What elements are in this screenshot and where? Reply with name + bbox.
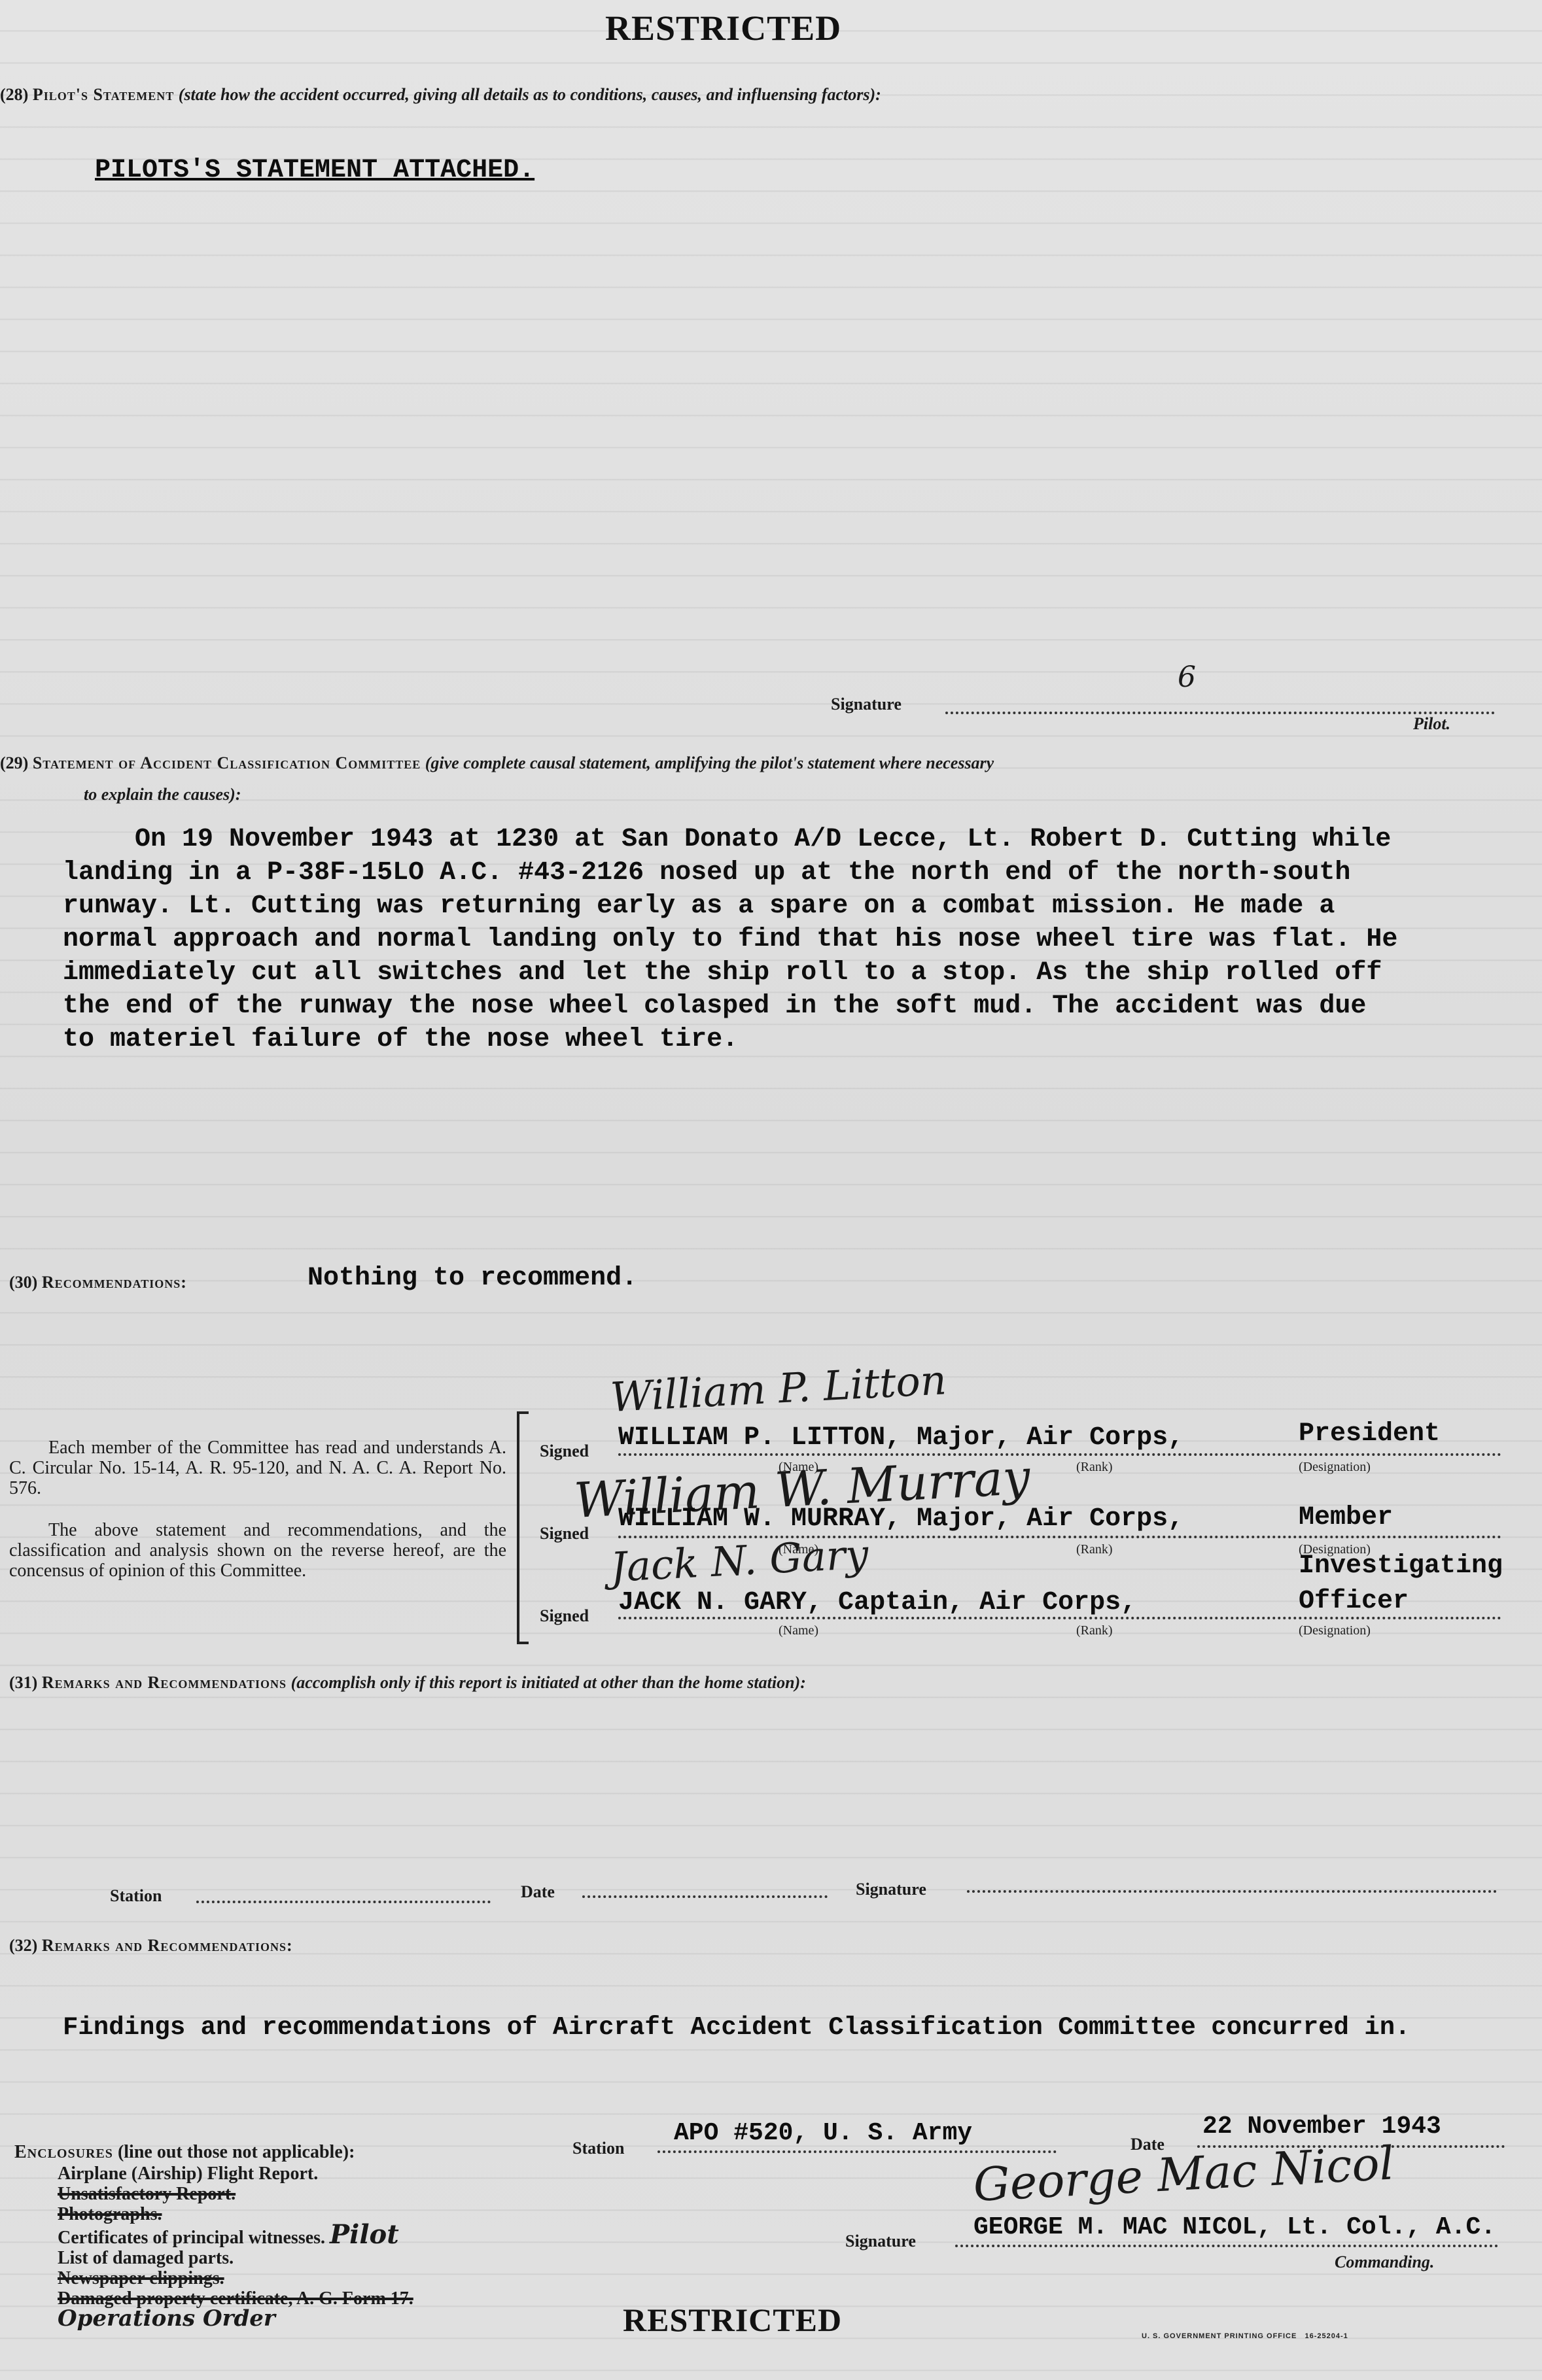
pilot-signature-mark: 6 — [1178, 661, 1196, 694]
enclosure-item-text: Certificates of principal witnesses. — [58, 2228, 325, 2248]
enclosure-item: List of damaged parts. — [58, 2248, 413, 2268]
section-30-title: Recommendations: — [42, 1273, 187, 1292]
member-3-name-caption: (Name) — [779, 1623, 818, 1638]
restricted-stamp-footer: RESTRICTED — [623, 2301, 842, 2339]
endorsement-date-value: 22 November 1943 — [1202, 2113, 1441, 2141]
pilot-statement-content: PILOTS'S STATEMENT ATTACHED. — [95, 156, 534, 185]
endorsement-typed-name: GEORGE M. MAC NICOL, Lt. Col., A.C. — [973, 2213, 1496, 2241]
member-1-rank-caption: (Rank) — [1076, 1460, 1113, 1475]
section-31-signature-line — [967, 1890, 1497, 1893]
section-29-title: Statement of Accident Classification Com… — [33, 753, 421, 772]
member-2-designation: Member — [1299, 1503, 1393, 1532]
endorsement-station-line — [657, 2150, 1057, 2153]
recommendations-content: Nothing to recommend. — [307, 1264, 637, 1293]
endorsement-signature-line — [955, 2245, 1498, 2247]
committee-statement-body: On 19 November 1943 at 1230 at San Donat… — [63, 823, 1397, 1056]
statement-line: to materiel failure of the nose wheel ti… — [63, 1023, 1397, 1056]
section-31-date-label: Date — [521, 1882, 555, 1902]
enclosure-annotation: Pilot — [330, 2224, 399, 2245]
member-1-line — [618, 1453, 1501, 1456]
statement-line: runway. Lt. Cutting was returning early … — [63, 889, 1397, 923]
pilot-signature-label: Signature — [831, 695, 902, 714]
section-28-heading: (28) Pilot's Statement (state how the ac… — [0, 85, 881, 105]
section-31-instruction: (accomplish only if this report is initi… — [291, 1673, 806, 1692]
section-30-number: (30) — [9, 1273, 37, 1292]
member-3-line — [618, 1617, 1501, 1619]
section-29-instruction-cont: to explain the causes): — [84, 785, 241, 804]
enclosure-item-struck: Unsatisfactory Report. — [58, 2184, 413, 2204]
section-31-number: (31) — [9, 1673, 37, 1692]
restricted-stamp-header: RESTRICTED — [605, 8, 841, 48]
endorsement-signature-label: Signature — [845, 2232, 916, 2251]
statement-line: landing in a P-38F-15LO A.C. #43-2126 no… — [63, 856, 1397, 889]
section-31-station-label: Station — [110, 1886, 162, 1906]
member-1-designation: President — [1299, 1419, 1440, 1449]
pilot-role-caption: Pilot. — [1413, 714, 1450, 734]
committee-bracket — [517, 1411, 529, 1644]
statement-line: On 19 November 1943 at 1230 at San Donat… — [63, 823, 1397, 856]
member-2-rank-caption: (Rank) — [1076, 1542, 1113, 1557]
printer-imprint: U. S. GOVERNMENT PRINTING OFFICE 16-2520… — [1142, 2332, 1348, 2340]
member-3-designation: Investigating — [1299, 1551, 1503, 1581]
member-2-signed-label: Signed — [540, 1524, 589, 1544]
section-31-signature-label: Signature — [856, 1880, 926, 1899]
section-31-station-line — [196, 1901, 491, 1903]
section-29-instruction: (give complete causal statement, amplify… — [425, 753, 994, 772]
section-28-instruction: (state how the accident occurred, giving… — [179, 85, 881, 104]
pilot-signature-line — [945, 712, 1495, 714]
enclosures-list: Airplane (Airship) Flight Report. Unsati… — [58, 2164, 413, 2329]
accident-report-page: RESTRICTED (28) Pilot's Statement (state… — [0, 0, 1542, 2380]
section-32-heading: (32) Remarks and Recommendations: — [9, 1936, 293, 1956]
member-1-typed-name: WILLIAM P. LITTON, Major, Air Corps, — [618, 1423, 1183, 1453]
enclosures-instruction: (line out those not applicable): — [118, 2142, 355, 2162]
member-2-typed-name: WILLIAM W. MURRAY, Major, Air Corps, — [618, 1504, 1183, 1534]
enclosure-item-handwritten: Operations Order — [58, 2309, 413, 2329]
member-3-designation-cont: Officer — [1299, 1587, 1409, 1616]
section-30-heading: (30) Recommendations: — [9, 1273, 187, 1292]
endorsement-handwritten-signature: George Mac Nicol — [972, 2136, 1395, 2212]
member-1-designation-caption: (Designation) — [1299, 1460, 1371, 1475]
section-32-number: (32) — [9, 1936, 37, 1955]
section-31-date-line — [582, 1895, 828, 1898]
section-28-title: Pilot's Statement — [33, 85, 174, 104]
endorsement-station-label: Station — [572, 2139, 624, 2158]
section-32-content: Findings and recommendations of Aircraft… — [63, 2013, 1411, 2042]
member-1-handwritten-signature: William P. Litton — [609, 1356, 947, 1421]
section-29-heading: (29) Statement of Accident Classificatio… — [0, 753, 994, 773]
member-3-designation-caption: (Designation) — [1299, 1623, 1371, 1638]
member-3-signed-label: Signed — [540, 1606, 589, 1626]
section-28-number: (28) — [0, 85, 28, 104]
endorsement-role: Commanding. — [1335, 2252, 1434, 2272]
enclosure-item: Certificates of principal witnesses. Pil… — [58, 2224, 413, 2248]
enclosure-item: Airplane (Airship) Flight Report. — [58, 2164, 413, 2184]
statement-line: immediately cut all switches and let the… — [63, 956, 1397, 990]
endorsement-station-value: APO #520, U. S. Army — [674, 2119, 972, 2147]
member-3-handwritten-signature: Jack N. Gary — [609, 1530, 869, 1591]
section-32-title: Remarks and Recommendations: — [42, 1936, 293, 1955]
enclosures-heading: Enclosures (line out those not applicabl… — [14, 2142, 355, 2163]
section-31-heading: (31) Remarks and Recommendations (accomp… — [9, 1673, 806, 1693]
committee-certification-p1: Each member of the Committee has read an… — [9, 1438, 506, 1498]
member-1-signed-label: Signed — [540, 1441, 589, 1461]
member-3-typed-name: JACK N. GARY, Captain, Air Corps, — [618, 1588, 1136, 1617]
committee-certification-p2: The above statement and recommendations,… — [9, 1520, 506, 1581]
statement-line: the end of the runway the nose wheel col… — [63, 990, 1397, 1023]
statement-line: normal approach and normal landing only … — [63, 923, 1397, 956]
member-3-rank-caption: (Rank) — [1076, 1623, 1113, 1638]
enclosure-item-struck: Newspaper clippings. — [58, 2268, 413, 2288]
section-29-number: (29) — [0, 753, 28, 772]
enclosures-title: Enclosures — [14, 2142, 113, 2162]
section-31-title: Remarks and Recommendations — [42, 1673, 287, 1692]
